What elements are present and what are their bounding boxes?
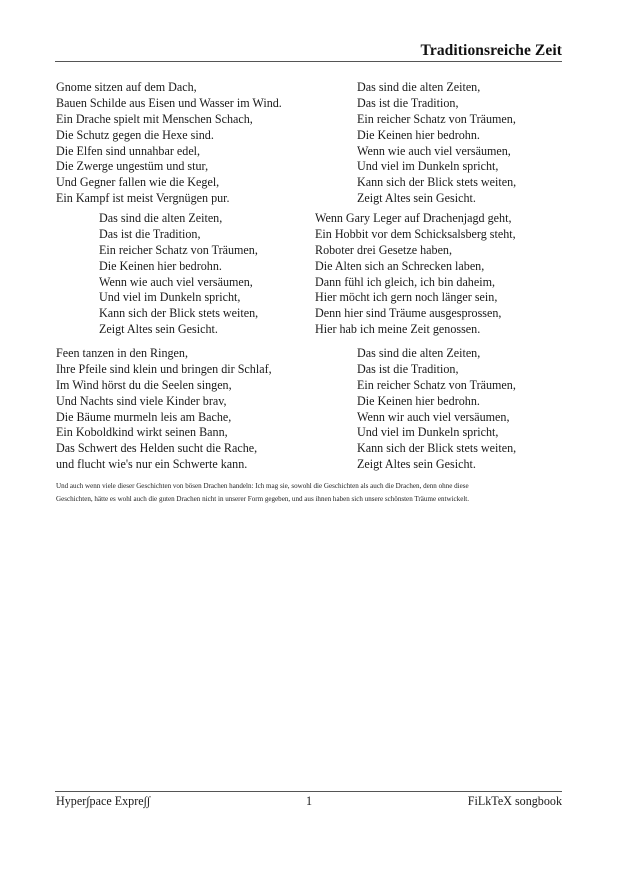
chorus-line: Das ist die Tradition, <box>99 227 258 243</box>
chorus-line: Die Keinen hier bedrohn. <box>357 128 516 144</box>
verse-line: Die Elfen sind unnahbar edel, <box>56 144 282 160</box>
verse-line: Gnome sitzen auf dem Dach, <box>56 80 282 96</box>
verse-1: Gnome sitzen auf dem Dach, Bauen Schilde… <box>56 80 282 207</box>
chorus-line: Ein reicher Schatz von Träumen, <box>357 378 516 394</box>
chorus-line: Kann sich der Blick stets weiten, <box>99 306 258 322</box>
chorus-line: Die Keinen hier bedrohn. <box>99 259 258 275</box>
verse-line: Bauen Schilde aus Eisen und Wasser im Wi… <box>56 96 282 112</box>
chorus-2: Das sind die alten Zeiten, Das ist die T… <box>99 211 258 338</box>
note-line: Geschichten, hätte es wohl auch die gute… <box>56 493 530 506</box>
verse-line: Hier möcht ich gern noch länger sein, <box>315 290 516 306</box>
note-line: Und auch wenn viele dieser Geschichten v… <box>56 480 530 493</box>
header-rule <box>55 61 562 62</box>
chorus-1: Das sind die alten Zeiten, Das ist die T… <box>357 80 516 207</box>
verse-line: Und Gegner fallen wie die Kegel, <box>56 175 282 191</box>
chorus-line: Zeigt Altes sein Gesicht. <box>99 322 258 338</box>
verse-line: Die Alten sich an Schrecken laben, <box>315 259 516 275</box>
chorus-line: Wenn wie auch viel versäumen, <box>357 144 516 160</box>
verse-line: Die Bäume murmeln leis am Bache, <box>56 410 272 426</box>
verse-line: Feen tanzen in den Ringen, <box>56 346 272 362</box>
verse-line: Und Nachts sind viele Kinder brav, <box>56 394 272 410</box>
page-title: Traditionsreiche Zeit <box>421 42 562 60</box>
verse-line: Hier hab ich meine Zeit genossen. <box>315 322 516 338</box>
verse-line: Wenn Gary Leger auf Drachenjagd geht, <box>315 211 516 227</box>
verse-line: Die Zwerge ungestüm und stur, <box>56 159 282 175</box>
chorus-line: Wenn wir auch viel versäumen, <box>357 410 516 426</box>
verse-line: Ein Koboldkind wirkt seinen Bann, <box>56 425 272 441</box>
chorus-line: Ein reicher Schatz von Träumen, <box>99 243 258 259</box>
verse-line: Im Wind hörst du die Seelen singen, <box>56 378 272 394</box>
author-note: Und auch wenn viele dieser Geschichten v… <box>56 480 530 505</box>
footer-convention-name: Hyper∫pace Expre∫∫ <box>56 794 150 809</box>
chorus-line: Zeigt Altes sein Gesicht. <box>357 457 516 473</box>
chorus-3: Das sind die alten Zeiten, Das ist die T… <box>357 346 516 473</box>
footer-rule <box>55 791 562 792</box>
chorus-line: Das ist die Tradition, <box>357 96 516 112</box>
verse-line: Denn hier sind Träume ausgesprossen, <box>315 306 516 322</box>
verse-line: Das Schwert des Helden sucht die Rache, <box>56 441 272 457</box>
verse-line: und flucht wie's nur ein Schwerte kann. <box>56 457 272 473</box>
chorus-line: Das sind die alten Zeiten, <box>99 211 258 227</box>
chorus-line: Und viel im Dunkeln spricht, <box>357 425 516 441</box>
verse-line: Ein Kampf ist meist Vergnügen pur. <box>56 191 282 207</box>
page-number: 1 <box>306 794 312 809</box>
chorus-line: Das sind die alten Zeiten, <box>357 346 516 362</box>
verse-3: Feen tanzen in den Ringen, Ihre Pfeile s… <box>56 346 272 473</box>
chorus-line: Und viel im Dunkeln spricht, <box>357 159 516 175</box>
verse-line: Die Schutz gegen die Hexe sind. <box>56 128 282 144</box>
chorus-line: Ein reicher Schatz von Träumen, <box>357 112 516 128</box>
verse-line: Dann fühl ich gleich, ich bin daheim, <box>315 275 516 291</box>
chorus-line: Kann sich der Blick stets weiten, <box>357 441 516 457</box>
footer-songbook-name: FiLkTeX songbook <box>468 794 562 809</box>
chorus-line: Das sind die alten Zeiten, <box>357 80 516 96</box>
verse-line: Ihre Pfeile sind klein und bringen dir S… <box>56 362 272 378</box>
chorus-line: Wenn wie auch viel versäumen, <box>99 275 258 291</box>
verse-line: Ein Drache spielt mit Menschen Schach, <box>56 112 282 128</box>
songbook-page: Traditionsreiche Zeit Gnome sitzen auf d… <box>0 0 620 877</box>
chorus-line: Die Keinen hier bedrohn. <box>357 394 516 410</box>
chorus-line: Kann sich der Blick stets weiten, <box>357 175 516 191</box>
verse-line: Roboter drei Gesetze haben, <box>315 243 516 259</box>
chorus-line: Und viel im Dunkeln spricht, <box>99 290 258 306</box>
verse-2: Wenn Gary Leger auf Drachenjagd geht, Ei… <box>315 211 516 338</box>
chorus-line: Das ist die Tradition, <box>357 362 516 378</box>
verse-line: Ein Hobbit vor dem Schicksalsberg steht, <box>315 227 516 243</box>
chorus-line: Zeigt Altes sein Gesicht. <box>357 191 516 207</box>
